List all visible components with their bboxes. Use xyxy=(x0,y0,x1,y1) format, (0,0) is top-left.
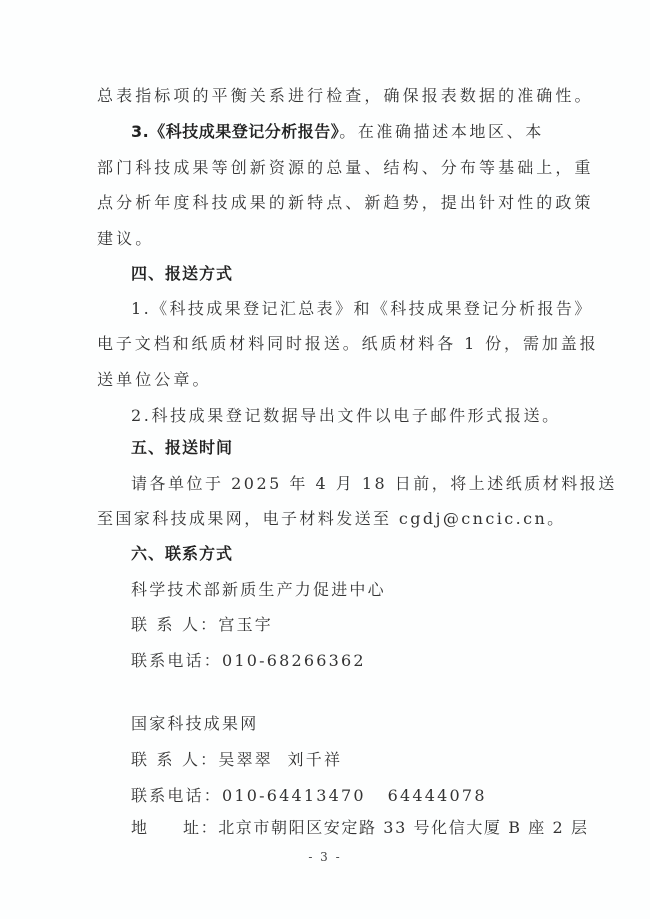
paragraph-line-item3: 3.《科技成果登记分析报告》。在准确描述本地区、本 xyxy=(131,122,587,142)
section-heading-submission-time: 五、报送时间 xyxy=(131,438,587,458)
text: 2.科技成果登记数据导出文件以电子邮件形式报送。 xyxy=(131,406,561,425)
page-number: - 3 - xyxy=(0,850,650,864)
contact2-address: 地址：北京市朝阳区安定路 33 号化信大厦 B 座 2 层 xyxy=(131,818,587,838)
address-text: 北京市朝阳区安定路 33 号化信大厦 B 座 2 层 xyxy=(218,818,588,837)
phone-label: 联系电话： xyxy=(131,651,222,670)
paragraph-line: 至国家科技成果网，电子材料发送至 cgdj@cncic.cn。 xyxy=(97,509,553,529)
section-heading-submission-method: 四、报送方式 xyxy=(131,264,587,284)
text: 建议。 xyxy=(97,229,154,248)
paragraph-line: 送单位公章。 xyxy=(97,370,553,390)
contact-person-label: 联 系 人： xyxy=(131,750,218,769)
text: 。在准确描述本地区、本 xyxy=(339,122,544,141)
contact2-person: 联 系 人：吴翠翠 刘千祥 xyxy=(131,750,587,770)
contact2-org: 国家科技成果网 xyxy=(131,714,587,734)
text: 部门科技成果等创新资源的总量、结构、分布等基础上，重 xyxy=(97,158,594,177)
contact-person-label: 联 系 人： xyxy=(131,615,218,634)
contact1-org: 科学技术部新质生产力促进中心 xyxy=(131,580,587,600)
contact-person-name: 吴翠翠 刘千祥 xyxy=(218,750,342,769)
paragraph-line: 2.科技成果登记数据导出文件以电子邮件形式报送。 xyxy=(131,406,587,426)
text: 送单位公章。 xyxy=(97,370,212,389)
text: 至国家科技成果网，电子材料发送至 cgdj@cncic.cn。 xyxy=(97,509,566,528)
paragraph-line: 请各单位于 2025 年 4 月 18 日前，将上述纸质材料报送 xyxy=(131,474,587,494)
item3-title: 3.《科技成果登记分析报告》 xyxy=(131,122,339,141)
paragraph-line: 部门科技成果等创新资源的总量、结构、分布等基础上，重 xyxy=(97,158,553,178)
paragraph-line: 建议。 xyxy=(97,229,553,249)
contact-person-name: 宫玉宇 xyxy=(218,615,273,634)
contact1-person: 联 系 人：宫玉宇 xyxy=(131,615,587,635)
text: 点分析年度科技成果的新特点、新趋势，提出针对性的政策 xyxy=(97,193,594,212)
paragraph-line: 电子文档和纸质材料同时报送。纸质材料各 1 份，需加盖报 xyxy=(97,334,553,354)
section-heading-contact: 六、联系方式 xyxy=(131,544,587,564)
text: 请各单位于 2025 年 4 月 18 日前，将上述纸质材料报送 xyxy=(131,474,617,493)
paragraph-line: 总表指标项的平衡关系进行检查，确保报表数据的准确性。 xyxy=(97,86,553,106)
phone-label: 联系电话： xyxy=(131,786,222,805)
paragraph-line: 1.《科技成果登记汇总表》和《科技成果登记分析报告》 xyxy=(131,299,587,319)
text: 电子文档和纸质材料同时报送。纸质材料各 1 份，需加盖报 xyxy=(97,334,599,353)
text: 1.《科技成果登记汇总表》和《科技成果登记分析报告》 xyxy=(131,299,593,318)
contact1-phone: 联系电话：010-68266362 xyxy=(131,651,587,671)
address-label-part1: 地 xyxy=(131,818,183,838)
paragraph-line: 点分析年度科技成果的新特点、新趋势，提出针对性的政策 xyxy=(97,193,553,213)
document-page: 总表指标项的平衡关系进行检查，确保报表数据的准确性。 3.《科技成果登记分析报告… xyxy=(0,0,650,919)
text: 总表指标项的平衡关系进行检查，确保报表数据的准确性。 xyxy=(97,86,594,105)
contact2-phone: 联系电话：010-64413470 64444078 xyxy=(131,786,587,806)
address-label-part2: 址： xyxy=(183,818,218,837)
phone-number: 010-64413470 64444078 xyxy=(222,786,487,805)
phone-number: 010-68266362 xyxy=(222,651,366,670)
